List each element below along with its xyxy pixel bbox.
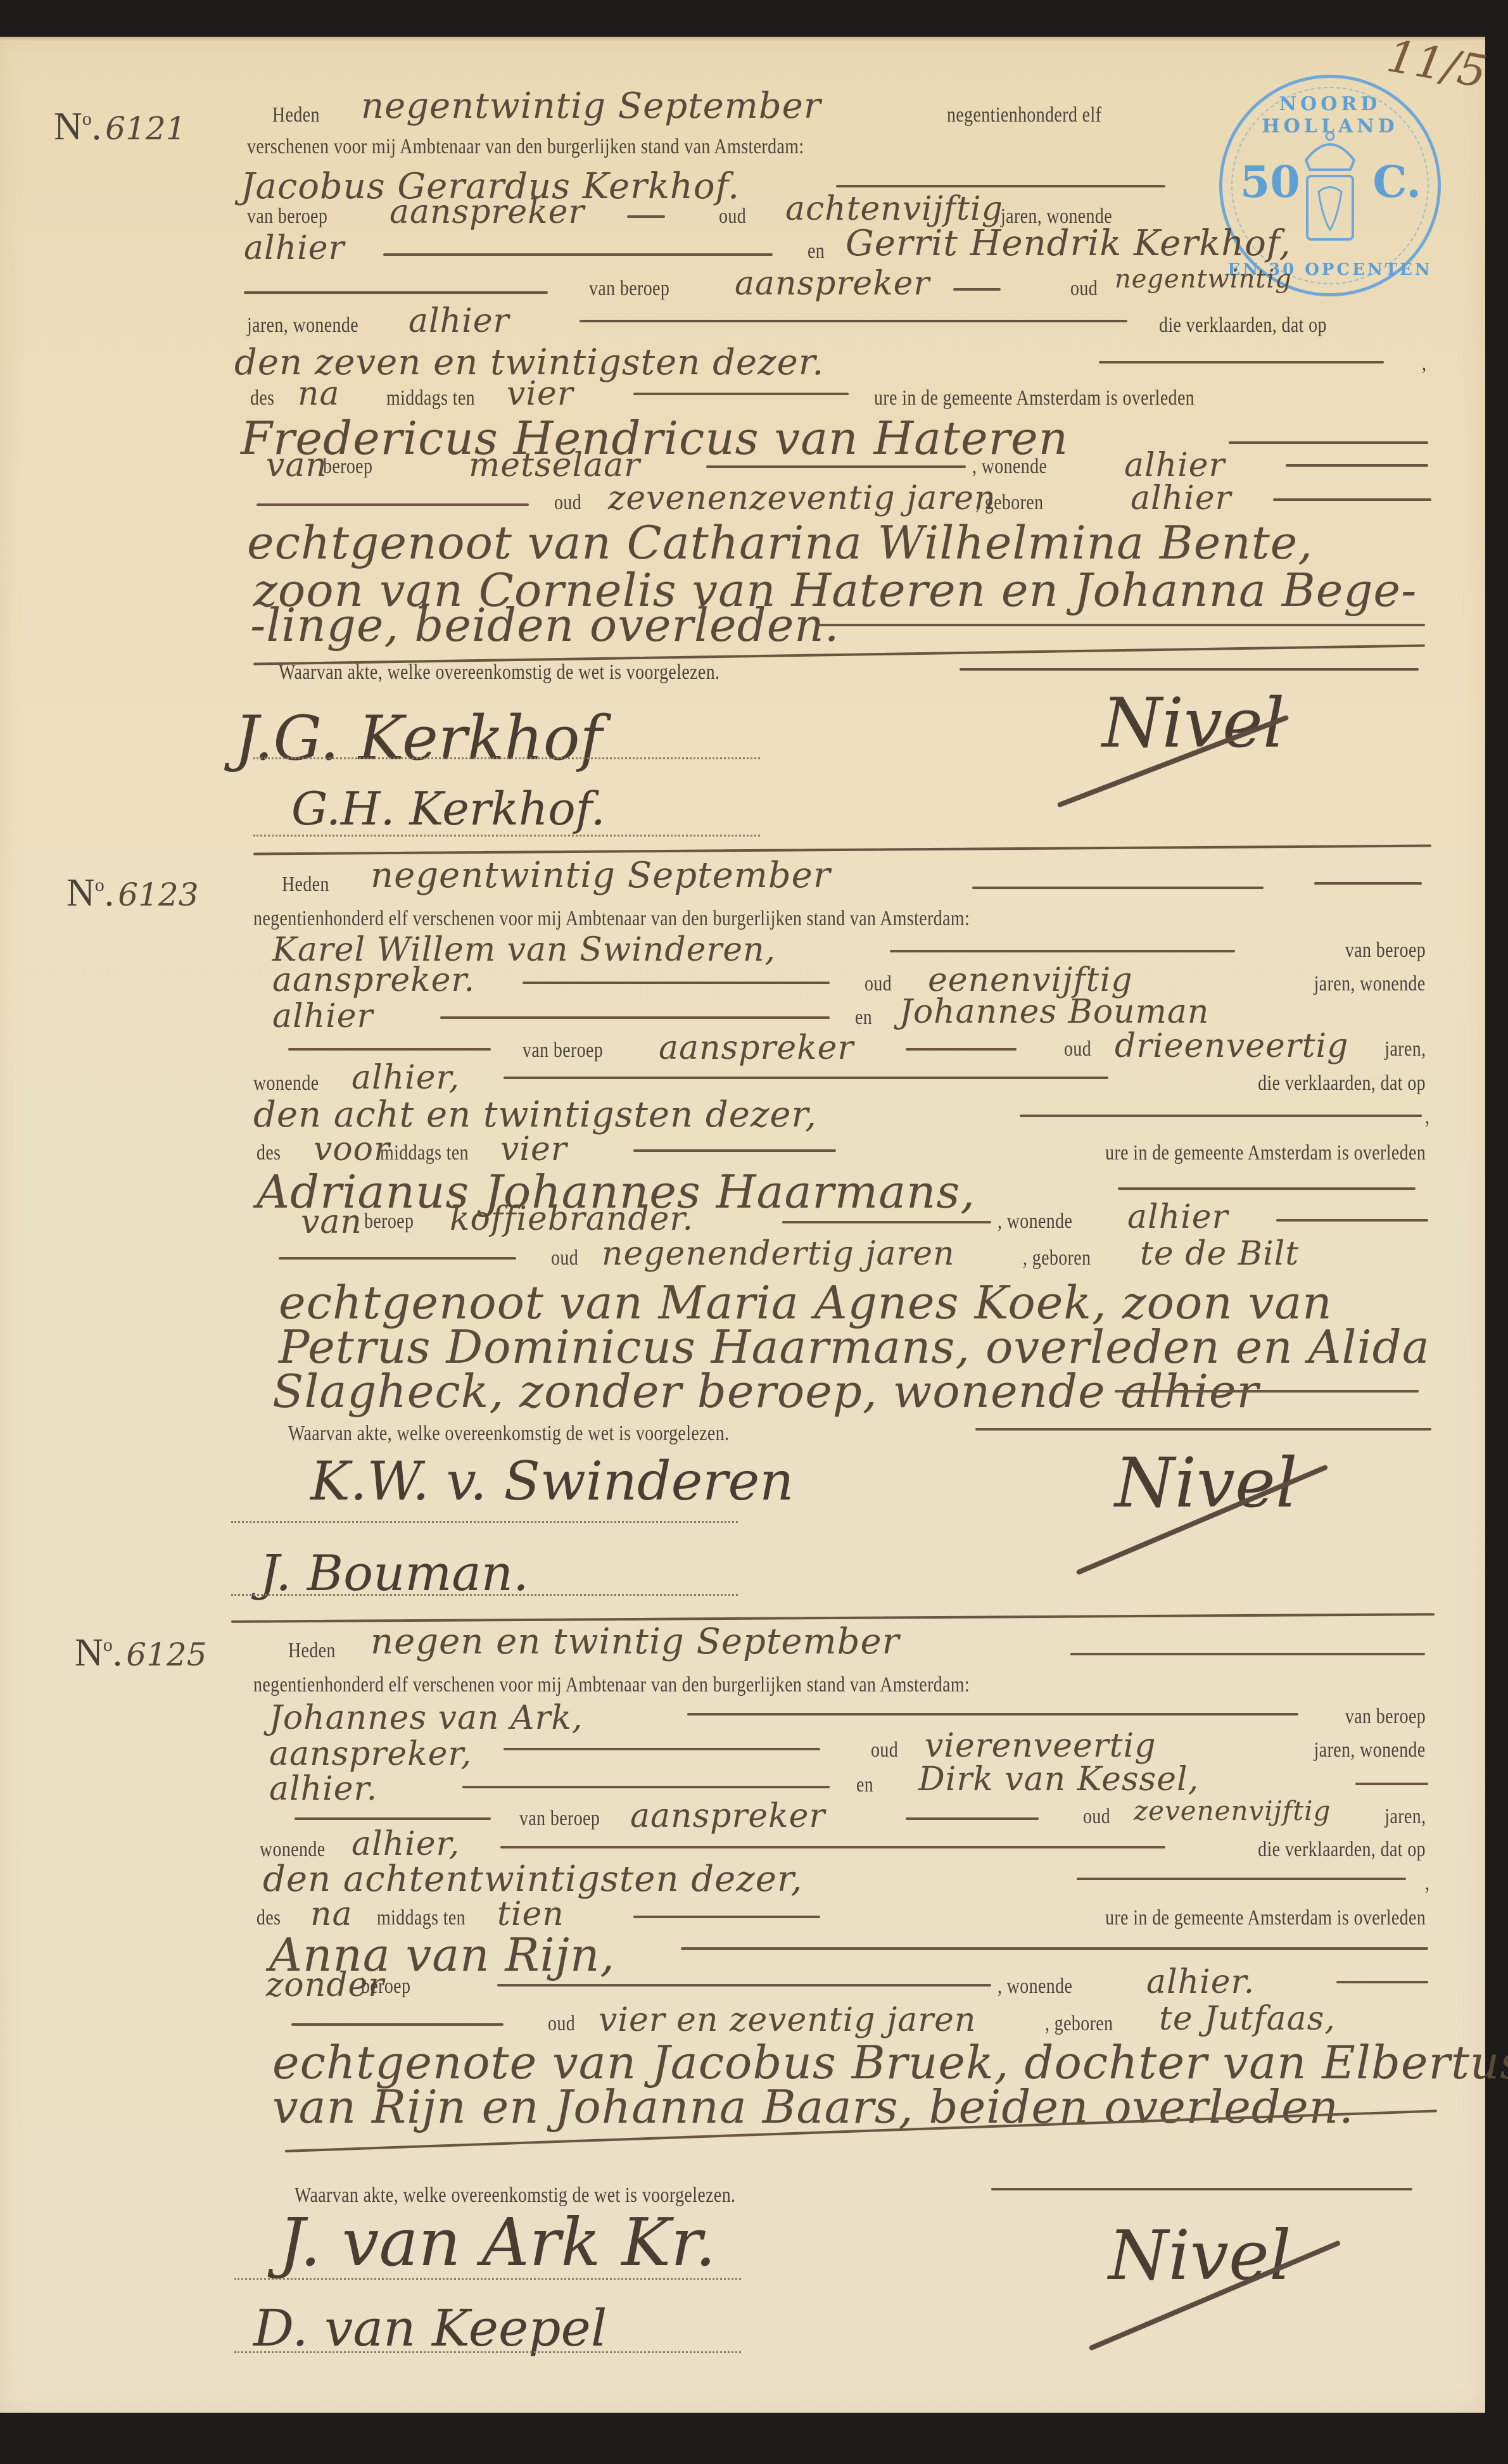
signature-declarant-1: J. van Ark Kr. <box>279 2204 716 2281</box>
fill-line <box>504 1748 820 1750</box>
time-of-day: voor <box>314 1130 390 1168</box>
signature-registrar: Nivel <box>1115 1444 1298 1523</box>
die-verklaarden-label: die verklaarden, dat op <box>1258 1071 1426 1096</box>
deceased-birthplace: te de Bilt <box>1140 1235 1299 1273</box>
certificate-number-value: 6123 <box>118 876 198 913</box>
en-label: en <box>856 1773 873 1797</box>
death-day: den achtentwintigsten dezer, <box>263 1859 802 1900</box>
wonende-label: , wonende <box>998 1974 1072 1999</box>
geboren-label: , geboren <box>1023 1246 1091 1270</box>
signature-line <box>231 1594 738 1596</box>
fill-line <box>1273 498 1431 501</box>
declarant-2-age: zevenenvijftig <box>1134 1795 1331 1826</box>
deceased-details-line-3: Slagheck, zonder beroep, wonende alhier <box>272 1365 1259 1418</box>
deceased-residence: alhier. <box>1146 1963 1255 2001</box>
fill-line <box>440 1016 830 1019</box>
death-hour: tien <box>497 1895 564 1933</box>
declarant-2-residence: alhier, <box>352 1059 460 1097</box>
oud-label: oud <box>1083 1805 1110 1829</box>
declarant-2-age: drieenveertig <box>1115 1027 1348 1065</box>
van-beroep-label: van beroep <box>523 1039 603 1063</box>
fill-line <box>523 982 830 984</box>
no-label: N <box>67 871 95 914</box>
deceased-occupation: koffiebrander. <box>450 1200 694 1238</box>
beroep-label: beroep <box>364 1210 414 1234</box>
signature-line <box>253 757 760 759</box>
fill-line <box>1276 1219 1428 1222</box>
signature-line <box>253 835 760 837</box>
fill-line <box>497 1984 991 1987</box>
declarant-1-residence: alhier <box>272 997 373 1035</box>
declarant-2-occupation: aanspreker <box>630 1797 825 1835</box>
en-label: en <box>855 1006 872 1030</box>
en-label: en <box>808 239 825 263</box>
declarant-1-occupation: aanspreker. <box>272 961 475 999</box>
comma: , <box>1425 1105 1429 1129</box>
certificate-number: No.6125 <box>75 1631 207 1676</box>
deceased-residence: alhier <box>1124 446 1225 484</box>
declarant-2-age: negentwintig <box>1115 265 1292 294</box>
deceased-details-line-3: -linge, beiden overleden. <box>250 598 840 652</box>
no-label: N <box>54 105 82 148</box>
die-verklaarden-label: die verklaarden, dat op <box>1258 1838 1426 1862</box>
fill-line <box>817 624 1425 626</box>
fill-line <box>627 215 665 218</box>
heden-label: Heden <box>282 873 329 897</box>
declarant-2-occupation: aanspreker <box>735 265 930 303</box>
date-text: negentwintig September <box>361 85 821 127</box>
fill-line <box>687 1713 1298 1715</box>
signature-line <box>234 2351 741 2353</box>
certificate-number: No.6123 <box>67 871 199 916</box>
fill-line <box>972 887 1264 889</box>
oud-label: oud <box>1070 277 1098 301</box>
date-text: negen en twintig September <box>371 1621 899 1662</box>
heden-label: Heden <box>288 1639 336 1663</box>
oud-label: oud <box>548 2012 575 2036</box>
fill-line <box>1020 1115 1422 1117</box>
middags-ten-label: middags ten <box>377 1906 466 1930</box>
oud-label: oud <box>871 1738 898 1762</box>
fill-line <box>279 1257 516 1260</box>
declarant-1-residence: alhier <box>244 229 345 267</box>
fill-line <box>500 1846 1165 1848</box>
van-beroep-label: van beroep <box>1345 938 1426 963</box>
declarant-2-name: Gerrit Hendrik Kerkhof, <box>846 223 1291 264</box>
ure-overleden-label: ure in de gemeente Amsterdam is overlede… <box>1105 1141 1426 1165</box>
deceased-residence: alhier <box>1127 1198 1228 1236</box>
death-hour: vier <box>507 375 574 413</box>
wonende-label: wonende <box>253 1071 319 1096</box>
stamp-value: 50 <box>1240 157 1300 208</box>
deceased-occupation-prefix: van <box>266 446 327 484</box>
declarant-1-age: achtenvijftig <box>785 190 1003 228</box>
fill-line <box>906 1048 1017 1051</box>
middags-ten-label: middags ten <box>386 386 475 410</box>
van-beroep-label: van beroep <box>1345 1705 1426 1729</box>
fill-line <box>960 668 1419 671</box>
signature-line <box>234 2278 741 2280</box>
declarant-2-name: Dirk van Kessel, <box>918 1760 1199 1798</box>
des-label: des <box>257 1906 281 1930</box>
declarant-1-name: Johannes van Ark, <box>269 1699 583 1737</box>
fill-line <box>462 1786 830 1788</box>
waarvan-akte-label: Waarvan akte, welke overeenkomstig de we… <box>288 1422 729 1446</box>
fill-line <box>975 1428 1431 1431</box>
fill-line <box>295 1817 491 1820</box>
date-text: negentwintig September <box>371 855 831 896</box>
declarant-1-occupation: aanspreker <box>390 193 585 231</box>
oud-label: oud <box>551 1246 578 1270</box>
fill-line <box>633 1149 836 1152</box>
jaren-wonende-label: jaren, wonende <box>247 313 358 338</box>
declarant-2-name: Johannes Bouman <box>899 993 1209 1031</box>
fill-line <box>1118 1187 1416 1190</box>
certificate-number-value: 6121 <box>105 110 186 147</box>
fill-line <box>1077 1878 1406 1880</box>
comma: , <box>1422 351 1426 376</box>
certificate-number: No.6121 <box>54 104 186 149</box>
middags-ten-label: middags ten <box>380 1141 469 1165</box>
beroep-label: beroep <box>323 455 372 479</box>
van-beroep-label: van beroep <box>519 1807 600 1831</box>
fill-line <box>1115 1390 1419 1393</box>
time-of-day: na <box>298 375 340 413</box>
declarant-2-occupation: aanspreker <box>659 1029 854 1067</box>
deceased-age: vier en zeventig jaren <box>599 2001 976 2039</box>
verschenen-label: negentienhonderd elf verschenen voor mij… <box>253 907 970 931</box>
des-label: des <box>257 1141 281 1165</box>
fill-line <box>1099 361 1384 363</box>
signature-declarant-1: J.G. Kerkhof <box>234 703 602 774</box>
fill-line <box>1070 1653 1425 1655</box>
jaren-wonende-label: jaren, wonende <box>1314 1738 1426 1762</box>
signature-line <box>231 1521 738 1523</box>
fill-line <box>633 393 849 395</box>
fill-line <box>580 320 1127 322</box>
oud-label: oud <box>719 205 746 229</box>
geboren-label: , geboren <box>975 491 1043 515</box>
comma: , <box>1425 1871 1429 1895</box>
wonende-label: , wonende <box>998 1210 1072 1234</box>
fill-line <box>1229 441 1428 444</box>
heden-label: Heden <box>272 103 320 127</box>
signature-declarant-1: K.W. v. Swinderen <box>310 1450 794 1512</box>
no-label: N <box>75 1631 103 1674</box>
signature-declarant-2: G.H. Kerkhof. <box>291 782 605 835</box>
ure-overleden-label: ure in de gemeente Amsterdam is overlede… <box>1105 1906 1426 1930</box>
fill-line <box>836 185 1165 187</box>
jaren-label: jaren, <box>1384 1037 1426 1061</box>
signature-declarant-2: D. van Keepel <box>253 2299 607 2358</box>
page-edge <box>0 37 1485 42</box>
oud-label: oud <box>1064 1037 1091 1061</box>
fill-line <box>288 1048 491 1051</box>
verschenen-label: negentienhonderd elf verschenen voor mij… <box>253 1673 970 1697</box>
verschenen-label: verschenen voor mij Ambtenaar van den bu… <box>247 135 804 159</box>
fill-line <box>244 291 548 294</box>
fill-line <box>906 1817 1039 1820</box>
die-verklaarden-label: die verklaarden, dat op <box>1159 313 1327 338</box>
fill-line <box>953 288 1001 291</box>
jaren-wonende-label: jaren, wonende <box>1314 972 1426 996</box>
ure-overleden-label: ure in de gemeente Amsterdam is overlede… <box>874 386 1194 410</box>
oud-label: oud <box>865 972 892 996</box>
deceased-birthplace: alhier <box>1131 479 1231 517</box>
geboren-label: , geboren <box>1045 2012 1113 2036</box>
jaren-label: jaren, <box>1384 1805 1426 1829</box>
declarant-1-age: vierenveertig <box>925 1727 1156 1765</box>
wonende-label: , wonende <box>972 455 1047 479</box>
signature-registrar: Nivel <box>1108 2216 1291 2296</box>
beroep-label: beroep <box>361 1974 410 1999</box>
deceased-details-line-1: echtgenoot van Catharina Wilhelmina Bent… <box>247 516 1313 569</box>
time-of-day: na <box>310 1895 353 1933</box>
stamp-unit: C. <box>1372 157 1421 208</box>
fill-line <box>504 1077 1108 1079</box>
death-hour: vier <box>500 1130 567 1168</box>
declarant-2-residence: alhier <box>409 302 509 340</box>
fill-line <box>633 1916 820 1918</box>
death-day: den acht en twintigsten dezer, <box>253 1094 817 1135</box>
fill-line <box>782 1221 991 1223</box>
declarant-2-residence: alhier, <box>352 1825 460 1863</box>
no-sup: o <box>82 108 92 129</box>
fill-line <box>1336 1981 1428 1983</box>
van-beroep-label: van beroep <box>589 277 669 301</box>
year-label: negentienhonderd elf <box>947 103 1101 127</box>
deceased-occupation-prefix: van <box>301 1203 362 1241</box>
fill-line <box>1355 1783 1428 1785</box>
fill-line <box>383 253 773 256</box>
no-sup: o <box>95 875 105 895</box>
fill-line <box>681 1947 1428 1950</box>
oud-label: oud <box>554 491 581 515</box>
waarvan-akte-label: Waarvan akte, welke overeenkomstig de we… <box>279 660 719 685</box>
declarant-1-residence: alhier. <box>269 1770 377 1808</box>
fill-line <box>291 2023 504 2026</box>
fill-line <box>890 950 1235 952</box>
crown-crest-icon <box>1300 122 1360 249</box>
deceased-occupation: metselaar <box>469 446 640 484</box>
fill-line <box>1314 882 1422 885</box>
declarant-1-occupation: aanspreker, <box>269 1735 472 1773</box>
des-label: des <box>250 386 274 410</box>
deceased-birthplace: te Jutfaas, <box>1159 2000 1336 2038</box>
fill-line <box>991 2188 1412 2190</box>
deceased-age: zevenenzeventig jaren <box>608 479 996 517</box>
deceased-age: negenendertig jaren <box>602 1235 955 1273</box>
certificate-number-value: 6125 <box>126 1636 206 1673</box>
deceased-details-line-2: van Rijn en Johanna Baars, beiden overle… <box>272 2080 1354 2133</box>
fill-line <box>1286 464 1428 467</box>
fill-line <box>706 465 966 468</box>
fill-line <box>257 503 529 506</box>
van-beroep-label: van beroep <box>247 205 327 229</box>
no-sup: o <box>103 1634 113 1655</box>
